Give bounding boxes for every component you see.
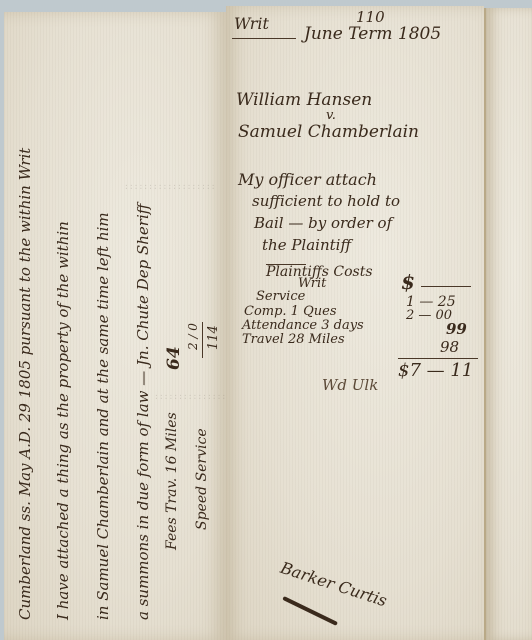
defendant-name: Samuel Chamberlain <box>238 122 419 142</box>
center-panel: Writ 110 June Term 1805 William Hansen v… <box>226 6 484 640</box>
cost-rule <box>421 286 471 287</box>
endorsement-line-3: in Samuel Chamberlain and at the same ti… <box>94 212 112 620</box>
signature-flourish <box>282 596 338 626</box>
cost-item-comp: Comp. 1 Ques <box>244 304 337 319</box>
right-panel <box>484 8 532 640</box>
term: June Term 1805 <box>304 24 441 44</box>
fees-line-1: Fees Trav. 16 Miles <box>164 412 180 550</box>
document-scan: ::::::::::::::::::: ::::::::::::::::::: … <box>0 0 532 640</box>
return-line-3: Bail — by order of <box>254 214 392 232</box>
cost-item-attendance: Attendance 3 days <box>242 318 364 333</box>
cost-item-travel: Travel 28 Miles <box>242 332 345 347</box>
currency-symbol: $ <box>401 270 415 294</box>
plaintiff-name: William Hansen <box>236 90 372 110</box>
costs-heading-rule <box>266 264 306 265</box>
fees-total: 114 <box>206 325 221 350</box>
fees-line-1-amount: 64 <box>164 346 184 370</box>
return-line-1: My officer attach <box>238 170 377 189</box>
versus: v. <box>326 108 336 123</box>
writ-underline <box>232 38 296 39</box>
clerk-mark: Wd Ulk <box>322 376 378 394</box>
fees-line-2-amount: 2 / 0 <box>186 323 200 350</box>
return-line-2: sufficient to hold to <box>252 192 400 210</box>
endorsement-line-2: I have attached a thing as the property … <box>54 221 72 620</box>
endorsement-line-1: Cumberland ss. May A.D. 29 1805 pursuant… <box>16 148 34 620</box>
total-rule <box>398 358 478 359</box>
fees-line-2: Speed Service <box>194 428 210 530</box>
writ-label: Writ <box>234 14 269 33</box>
endorsement-line-4: a summons in due form of law — Jn. Chute… <box>134 204 152 620</box>
bleed-through-text: ::::::::::::::::::: <box>124 182 216 191</box>
costs-total: $7 — 11 <box>398 360 473 381</box>
cost-item-service: Service <box>256 289 305 304</box>
cost-amount-attendance: 99 <box>446 320 467 338</box>
fees-rule <box>202 322 203 358</box>
return-line-4: the Plaintiff <box>262 236 351 254</box>
cost-amount-travel: 98 <box>440 338 459 356</box>
